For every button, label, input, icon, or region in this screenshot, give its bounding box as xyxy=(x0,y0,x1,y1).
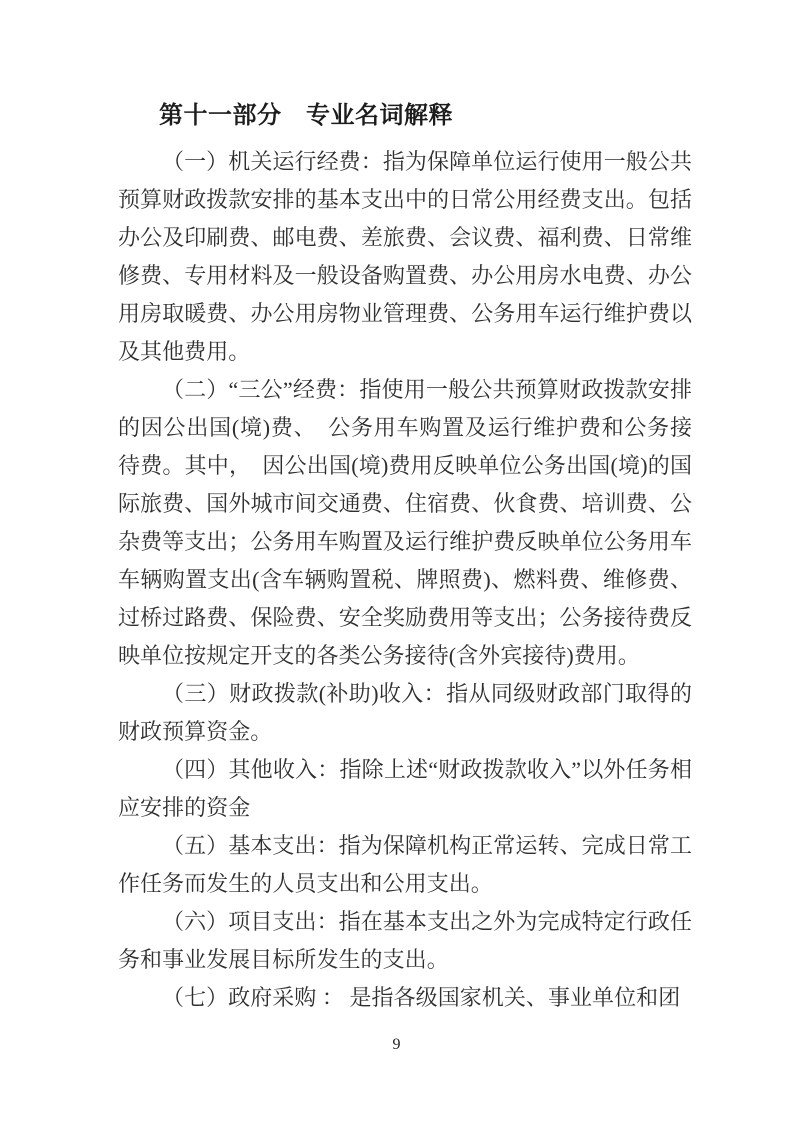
section-title: 第十一部分 专业名词解释 xyxy=(118,100,692,131)
paragraph-fiscal-appropriation-income: （三）财政拨款(补助)收入：指从同级财政部门取得的财政预算资金。 xyxy=(118,675,692,751)
document-content: 第十一部分 专业名词解释 （一）机关运行经费：指为保障单位运行使用一般公共预算财… xyxy=(118,100,692,1017)
paragraph-government-procurement: （七）政府采购 ： 是指各级国家机关、事业单位和团 xyxy=(118,979,692,1017)
paragraph-project-expenditure: （六）项目支出：指在基本支出之外为完成特定行政任务和事业发展目标所发生的支出。 xyxy=(118,903,692,979)
document-page: 第十一部分 专业名词解释 （一）机关运行经费：指为保障单位运行使用一般公共预算财… xyxy=(0,0,793,1122)
page-number: 9 xyxy=(0,1034,793,1056)
paragraph-other-income: （四）其他收入：指除上述“财政拨款收入”以外任务相应安排的资金 xyxy=(118,751,692,827)
paragraph-agency-operating-expenses: （一）机关运行经费：指为保障单位运行使用一般公共预算财政拨款安排的基本支出中的日… xyxy=(118,143,692,371)
paragraph-basic-expenditure: （五）基本支出：指为保障机构正常运转、完成日常工作任务而发生的人员支出和公用支出… xyxy=(118,827,692,903)
paragraph-three-public-expenses: （二）“三公”经费：指使用一般公共预算财政拨款安排的因公出国(境)费、 公务用车… xyxy=(118,371,692,675)
